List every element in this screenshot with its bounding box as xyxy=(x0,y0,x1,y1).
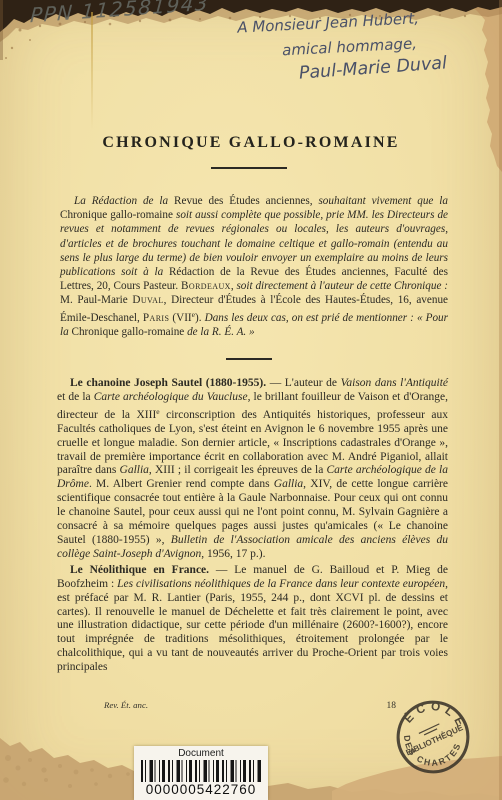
text-segment: , 1956, 17 p.). xyxy=(201,548,265,560)
text-segment: La Rédaction de la xyxy=(74,195,174,207)
page-title: CHRONIQUE GALLO-ROMAINE xyxy=(0,134,502,152)
text-segment: ). xyxy=(195,312,205,324)
chronicle-body: Le chanoine Joseph Sautel (1880-1955). —… xyxy=(57,377,448,677)
barcode-number: 0000005422760 xyxy=(134,782,268,797)
text-segment: et de la xyxy=(57,391,94,403)
text-segment: Gallia xyxy=(120,464,149,476)
text-segment: . M. Albert Grenier rend compte dans xyxy=(89,478,274,490)
paper-crease-line xyxy=(91,12,93,130)
scanned-page: PPN 112581943 A Monsieur Jean Hubert, am… xyxy=(0,0,502,800)
text-segment: , est préfacé par M. R. Lantier (Paris, … xyxy=(57,578,448,673)
text-segment: Chronique gallo-romaine xyxy=(72,326,185,338)
library-stamp: ÉCOLE DES CHARTES BIBLIOTHÈQUE xyxy=(392,695,474,779)
text-segment: — L'auteur de xyxy=(266,377,341,389)
text-segment: de la R. É. A. » xyxy=(184,326,254,338)
text-segment: soit directement à l'auteur de cette Chr… xyxy=(236,280,448,292)
text-segment: Paris xyxy=(143,312,169,324)
text-segment: Le chanoine Joseph Sautel (1880-1955). xyxy=(70,377,266,389)
barcode-image xyxy=(141,760,261,782)
text-segment: M. Paul-Marie xyxy=(60,294,132,306)
text-segment: Vaison dans l'Antiquité xyxy=(341,377,448,389)
left-edge-shade xyxy=(0,0,3,60)
title-rule xyxy=(211,167,287,169)
editorial-note: La Rédaction de la Revue des Études anci… xyxy=(60,194,448,339)
text-segment: Carte archéologique du Vaucluse xyxy=(94,391,248,403)
text-segment: Duval xyxy=(132,294,163,306)
text-segment: (VII xyxy=(169,312,191,324)
text-segment: Revue des Études anciennes xyxy=(174,195,310,207)
section-rule xyxy=(226,358,272,360)
journal-abbreviation: Rev. Ét. anc. xyxy=(104,700,148,710)
barcode-label-title: Document xyxy=(134,748,268,759)
handwritten-dedication: A Monsieur Jean Hubert, amical hommage, … xyxy=(233,7,497,83)
text-segment: , XIII ; il corrigeait les épreuves de l… xyxy=(149,464,327,476)
section-sautel-obituary: Le chanoine Joseph Sautel (1880-1955). —… xyxy=(57,377,448,562)
text-segment: Bordeaux xyxy=(181,280,231,292)
text-segment: Gallia xyxy=(274,478,303,490)
barcode-label: Document 0000005422760 xyxy=(134,746,268,800)
text-segment: Chronique gallo-romaine xyxy=(60,209,173,221)
text-segment: , souhaitant vivement que la xyxy=(310,195,448,207)
page-footer: Rev. Ét. anc. 18 xyxy=(57,700,448,711)
text-segment: Les civilisations néolithiques de la Fra… xyxy=(117,578,445,590)
text-segment: Le Néolithique en France. xyxy=(70,564,209,576)
section-neolithique: Le Néolithique en France. — Le manuel de… xyxy=(57,564,448,675)
